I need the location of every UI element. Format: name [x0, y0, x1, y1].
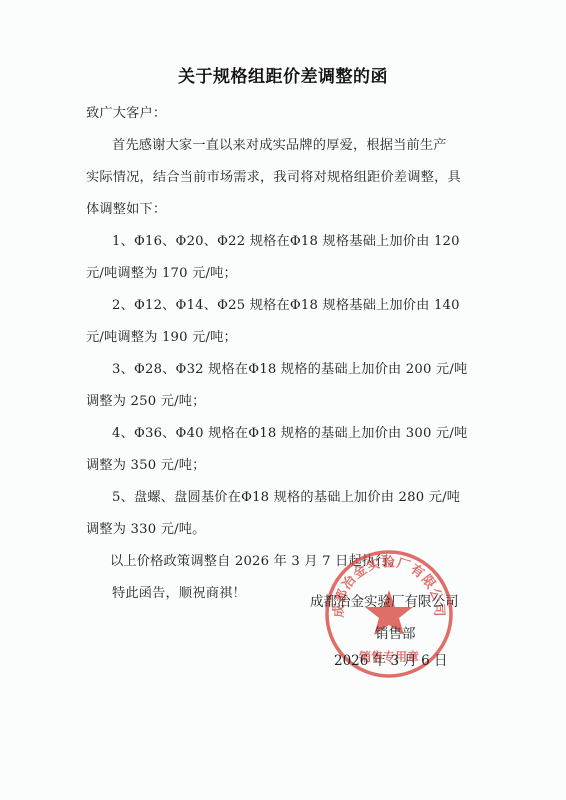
- item-2-line-1: 2、Φ12、Φ14、Φ25 规格在Φ18 规格基础上加价由 140: [112, 294, 460, 313]
- item-5-line-1: 5、盘螺、盘圆基价在Φ18 规格的基础上加价由 280 元/吨: [112, 486, 460, 505]
- signature-date: 2026 年 3 月 6 日: [334, 649, 448, 669]
- intro-line-1: 首先感谢大家一直以来对成实品牌的厚爱，根据当前生产: [112, 134, 447, 153]
- item-1-line-1: 1、Φ16、Φ20、Φ22 规格在Φ18 规格基础上加价由 120: [112, 230, 460, 249]
- item-4-line-1: 4、Φ36、Φ40 规格在Φ18 规格的基础上加价由 300 元/吨: [112, 422, 467, 441]
- salutation: 致广大客户：: [86, 102, 166, 121]
- item-1-line-2: 元/吨调整为 170 元/吨；: [86, 262, 237, 281]
- item-5-line-2: 调整为 330 元/吨。: [86, 518, 206, 537]
- signature-company: 成都冶金实验厂有限公司: [310, 590, 459, 610]
- document-title: 关于规格组距价差调整的函: [0, 62, 566, 87]
- item-3-line-1: 3、Φ28、Φ32 规格在Φ18 规格的基础上加价由 200 元/吨: [112, 358, 467, 377]
- signature-department: 销售部: [375, 622, 416, 642]
- intro-line-2: 实际情况，结合当前市场需求，我司将对规格组距价差调整，具: [86, 166, 461, 185]
- item-2-line-2: 元/吨调整为 190 元/吨；: [86, 326, 237, 345]
- letter-page: 关于规格组距价差调整的函 致广大客户： 首先感谢大家一直以来对成实品牌的厚爱，根…: [0, 0, 566, 800]
- effective-date-statement: 以上价格政策调整自 2026 年 3 月 7 日起执行。: [110, 550, 402, 569]
- closing-remark: 特此函告，顺祝商祺！: [112, 582, 246, 601]
- item-4-line-2: 调整为 350 元/吨；: [86, 454, 206, 473]
- item-3-line-2: 调整为 250 元/吨；: [86, 390, 206, 409]
- intro-line-3: 体调整如下：: [86, 198, 166, 217]
